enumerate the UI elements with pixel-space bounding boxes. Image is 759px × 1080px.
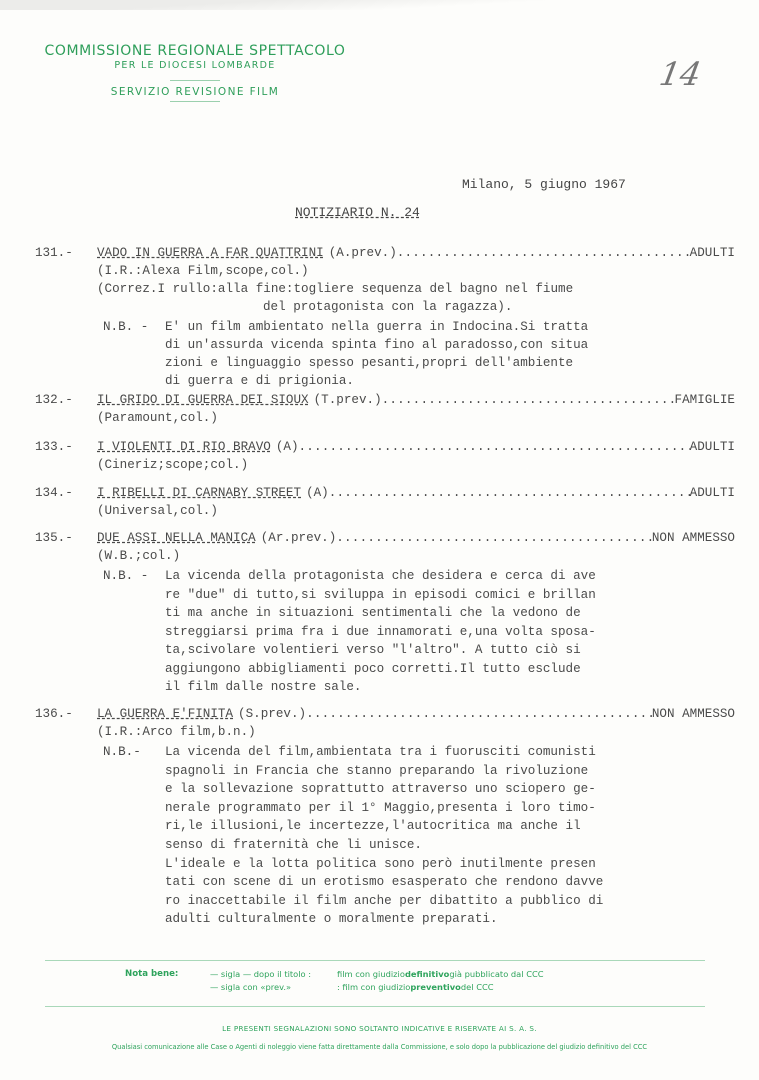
note-label: N.B. - xyxy=(103,567,165,697)
footer-rule-top xyxy=(45,960,705,961)
leader-dots xyxy=(329,484,690,502)
film-correction-cont: del protagonista con la ragazza). xyxy=(35,298,735,316)
film-distributor: (Cineriz;scope;col.) xyxy=(35,456,735,474)
film-entry: 132.- IL GRIDO DI GUERRA DEI SIOUX (T.pr… xyxy=(35,391,735,427)
date-line: Milano, 5 giugno 1967 xyxy=(462,177,626,192)
nota-bene: Nota bene: — sigla — dopo il titolo : fi… xyxy=(125,968,544,994)
nota-bene-label: Nota bene: xyxy=(125,968,210,994)
note-line: zioni e linguaggio spesso pesanti,propri… xyxy=(165,354,685,372)
note-line: nerale programmato per il 1° Maggio,pres… xyxy=(165,799,685,818)
film-sigla: (S.prev.) xyxy=(238,705,306,723)
nota-row: — sigla — dopo il titolo : film con giud… xyxy=(210,968,544,981)
organization-name: COMMISSIONE REGIONALE SPETTACOLO xyxy=(40,42,350,60)
note-line: La vicenda del film,ambientata tra i fuo… xyxy=(165,743,685,762)
film-entry: 131.- VADO IN GUERRA A FAR QUATTRINI (A.… xyxy=(35,244,735,390)
film-title: VADO IN GUERRA A FAR QUATTRINI xyxy=(97,244,324,262)
note-line: ro inaccettabile il film anche per dibat… xyxy=(165,892,685,911)
film-distributor: (I.R.:Arco film,b.n.) xyxy=(35,723,735,741)
film-rating: NON AMMESSO xyxy=(652,705,735,723)
note-line: tati con scene di un erotismo esasperato… xyxy=(165,873,685,892)
film-entry: 134.- I RIBELLI DI CARNABY STREET (A) AD… xyxy=(35,484,735,520)
footer-communications: Qualsiasi comunicazione alle Case o Agen… xyxy=(0,1043,759,1051)
note-line: senso di fraternità che li unisce. xyxy=(165,836,685,855)
entry-number: 131.- xyxy=(35,244,97,262)
letterhead-underline xyxy=(170,101,220,102)
film-rating: ADULTI xyxy=(690,484,735,502)
note-line: aggiungono abbigliamenti poco corretti.I… xyxy=(165,660,685,679)
film-sigla: (A) xyxy=(276,438,299,456)
note-label: N.B. - xyxy=(103,318,165,390)
film-title: LA GUERRA E'FINITA xyxy=(97,705,233,723)
note-line: E' un film ambientato nella guerra in In… xyxy=(165,318,685,336)
entry-number: 134.- xyxy=(35,484,97,502)
bulletin-title: NOTIZIARIO N. 24 xyxy=(295,205,420,220)
nota-row: — sigla con «prev.» : film con giudizio … xyxy=(210,981,544,994)
letterhead: COMMISSIONE REGIONALE SPETTACOLO PER LE … xyxy=(40,42,350,102)
film-title: IL GRIDO DI GUERRA DEI SIOUX xyxy=(97,391,309,409)
handwritten-page-number: 14 xyxy=(657,55,704,93)
film-title: I RIBELLI DI CARNABY STREET xyxy=(97,484,301,502)
note-line: spagnoli in Francia che stanno preparand… xyxy=(165,762,685,781)
film-title: I VIOLENTI DI RIO BRAVO xyxy=(97,438,271,456)
note-line: adulti culturalmente o moralmente prepar… xyxy=(165,910,685,929)
film-sigla: (Ar.prev.) xyxy=(261,529,337,547)
film-distributor: (I.R.:Alexa Film,scope,col.) xyxy=(35,262,735,280)
note-line: L'ideale e la lotta politica sono però i… xyxy=(165,855,685,874)
leader-dots xyxy=(336,529,652,547)
entry-number: 135.- xyxy=(35,529,97,547)
letterhead-divider xyxy=(170,80,220,81)
film-rating: ADULTI xyxy=(690,438,735,456)
note-line: il film dalle nostre sale. xyxy=(165,678,685,697)
leader-dots xyxy=(306,705,652,723)
note-line: e la sollevazione soprattutto attraverso… xyxy=(165,780,685,799)
note-line: re "due" di tutto,si sviluppa in episodi… xyxy=(165,586,685,605)
film-note: N.B. - La vicenda della protagonista che… xyxy=(35,567,735,697)
entry-number: 133.- xyxy=(35,438,97,456)
leader-dots xyxy=(299,438,690,456)
film-entry: 133.- I VIOLENTI DI RIO BRAVO (A) ADULTI… xyxy=(35,438,735,474)
leader-dots xyxy=(382,391,675,409)
film-distributor: (Paramount,col.) xyxy=(35,409,735,427)
note-label: N.B.- xyxy=(103,743,165,929)
note-line: di un'assurda vicenda spinta fino al par… xyxy=(165,336,685,354)
entry-number: 136.- xyxy=(35,705,97,723)
note-line: di guerra e di prigionia. xyxy=(165,372,685,390)
note-line: La vicenda della protagonista che deside… xyxy=(165,567,685,586)
film-distributor: (Universal,col.) xyxy=(35,502,735,520)
note-line: ta,scivolare volentieri verso "l'altro".… xyxy=(165,641,685,660)
film-note: N.B. - E' un film ambientato nella guerr… xyxy=(35,318,735,390)
film-distributor: (W.B.;col.) xyxy=(35,547,735,565)
note-line: ri,le illusioni,le incertezze,l'autocrit… xyxy=(165,817,685,836)
film-sigla: (A.prev.) xyxy=(329,244,397,262)
paper-top-edge xyxy=(0,0,759,10)
entry-number: 132.- xyxy=(35,391,97,409)
film-correction: (Correz.I rullo:alla fine:togliere seque… xyxy=(35,280,735,298)
film-rating: FAMIGLIE xyxy=(675,391,735,409)
footer-rule-bottom xyxy=(45,1006,705,1007)
leader-dots xyxy=(397,244,690,262)
film-rating: ADULTI xyxy=(690,244,735,262)
note-line: streggiarsi prima fra i due innamorati e… xyxy=(165,623,685,642)
footer-disclaimer: LE PRESENTI SEGNALAZIONI SONO SOLTANTO I… xyxy=(0,1024,759,1033)
organization-subtitle: PER LE DIOCESI LOMBARDE xyxy=(40,60,350,72)
film-sigla: (A) xyxy=(306,484,329,502)
note-line: ti ma anche in situazioni sentimentali c… xyxy=(165,604,685,623)
service-name: SERVIZIO REVISIONE FILM xyxy=(40,85,350,99)
film-rating: NON AMMESSO xyxy=(652,529,735,547)
film-note: N.B.- La vicenda del film,ambientata tra… xyxy=(35,743,735,929)
film-title: DUE ASSI NELLA MANICA xyxy=(97,529,256,547)
film-sigla: (T.prev.) xyxy=(314,391,382,409)
film-entry: 136.- LA GUERRA E'FINITA (S.prev.) NON A… xyxy=(35,705,735,929)
film-entry: 135.- DUE ASSI NELLA MANICA (Ar.prev.) N… xyxy=(35,529,735,697)
